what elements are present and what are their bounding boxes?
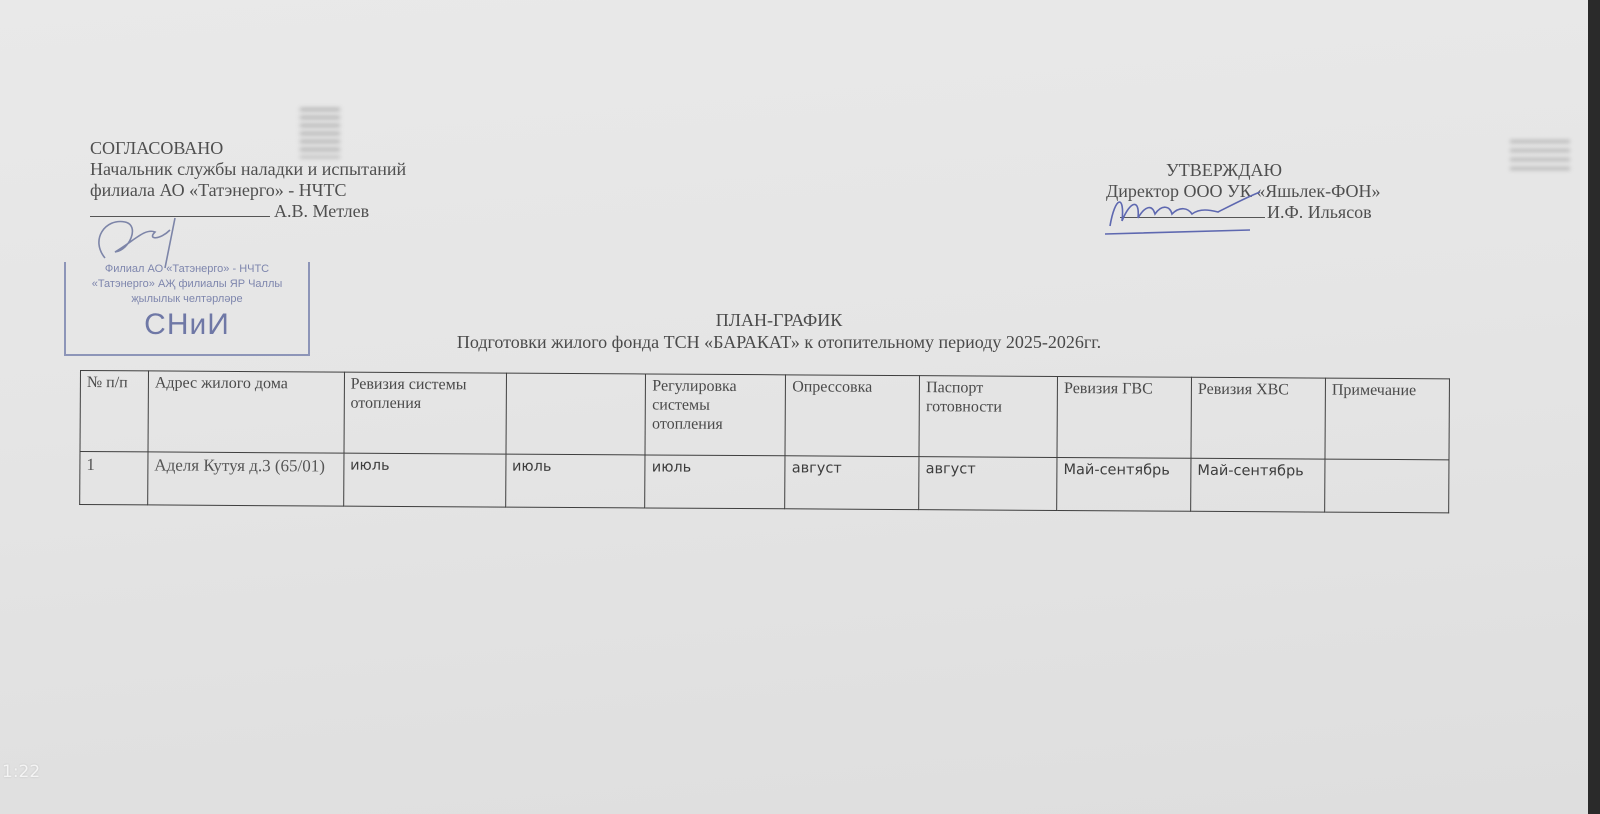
cell-address: Аделя Кутуя д.3 (65/01) [148,452,344,506]
clock-overlay: 1:22 [2,762,40,782]
cell-note [1325,459,1449,513]
header-pressure-test: Опрессовка [785,375,919,457]
header-note: Примечание [1325,378,1450,460]
header-number: № п/п [80,371,148,452]
cell-pressure-test: август [785,456,919,510]
approval-left-signatory: А.В. Метлев [274,201,369,221]
stamp-line-2: «Татэнерго» АҖ филиалы ЯР Чаллы [66,277,308,292]
header-hot-water-revision: Ревизия ГВС [1057,376,1191,458]
approval-right-heading: УТВЕРЖДАЮ [1120,160,1381,181]
header-heating-adjustment: Регулировка системы отопления [645,374,785,456]
signature-line [90,202,270,217]
signature-line [1120,203,1265,218]
stamp-line-3: җылылык челтәрләре [66,292,308,307]
document-title: ПЛАН-ГРАФИК [0,310,1558,331]
cell-number: 1 [80,452,148,505]
table-row: 1 Аделя Кутуя д.3 (65/01) июль июль июль… [80,452,1449,513]
header-blank [506,373,646,455]
cell-hot-water-revision: Май-сентябрь [1057,457,1191,511]
cell-readiness-passport: август [919,457,1057,511]
approval-left-position-2: филиала АО «Татэнерго» - НЧТС [90,180,406,201]
approval-left-heading: СОГЛАСОВАНО [90,138,406,159]
cell-cold-water-revision: Май-сентябрь [1191,458,1325,512]
approval-right: УТВЕРЖДАЮ Директор ООО УК «Яшьлек-ФОН» И… [1120,160,1381,223]
header-heating-revision: Ревизия системы отопления [344,372,506,454]
stamp-line-1: Филиал АО «Татэнерго» - НЧТС [66,262,308,277]
cell-heating-adjustment: июль [645,455,785,509]
approval-left: СОГЛАСОВАНО Начальник службы наладки и и… [90,138,406,222]
photo-edge [1588,0,1600,814]
header-readiness-passport: Паспорт готовности [919,376,1057,458]
header-cold-water-revision: Ревизия ХВС [1191,377,1325,459]
plan-table: № п/п Адрес жилого дома Ревизия системы … [79,370,1450,513]
approval-left-position-1: Начальник службы наладки и испытаний [90,159,406,180]
approval-right-signatory: И.Ф. Ильясов [1267,202,1372,222]
blurred-mark [1510,140,1570,175]
cell-blank-column: июль [505,454,645,508]
approval-right-position: Директор ООО УК «Яшьлек-ФОН» [1106,181,1381,202]
header-address: Адрес жилого дома [148,371,344,453]
cell-heating-revision: июль [343,453,505,507]
document-subtitle: Подготовки жилого фонда ТСН «БАРАКАТ» к … [0,332,1558,353]
table-header-row: № п/п Адрес жилого дома Ревизия системы … [80,371,1449,460]
